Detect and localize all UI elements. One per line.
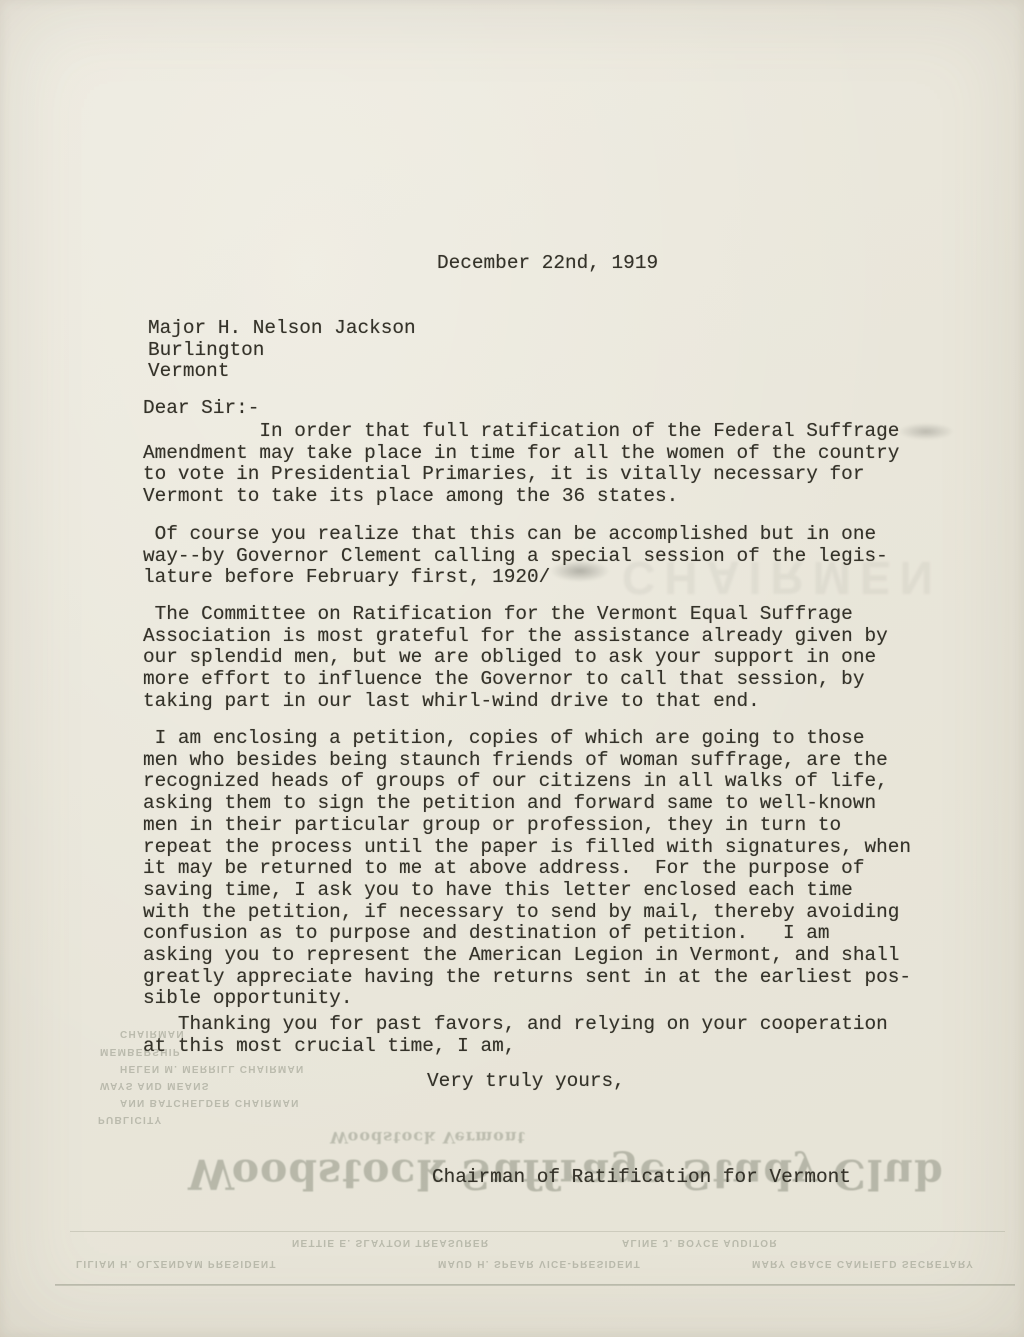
signature-title: Chairman of Ratification for Vermont xyxy=(432,1167,851,1189)
letter-scan: CHAIRMEN CHAIRMAN MEMBERSHIP HELEN M. ME… xyxy=(0,0,1024,1337)
bleedthrough-chair-line: ANN BATCHELDER CHAIRMAN xyxy=(120,1097,300,1108)
letter-paragraph: In order that full ratification of the F… xyxy=(143,421,943,508)
recipient-address: Major H. Nelson Jackson Burlington Vermo… xyxy=(148,318,416,383)
bleedthrough-rule-bottom xyxy=(55,1284,1015,1286)
letter-paragraph: I am enclosing a petition, copies of whi… xyxy=(143,728,953,1010)
bleedthrough-officer: MAUD H. SPEAR VICE-PRESIDENT xyxy=(438,1258,641,1269)
bleedthrough-officer: LILIAN H. OLZENDAM PRESIDENT xyxy=(76,1258,277,1269)
letter-paragraph: Of course you realize that this can be a… xyxy=(143,524,943,589)
bleedthrough-letterhead-location: Woodstock Vermont xyxy=(330,1128,526,1147)
closing: Very truly yours, xyxy=(427,1071,625,1093)
letter-paragraph: Thanking you for past favors, and relyin… xyxy=(143,1014,953,1057)
bleedthrough-officer: ALINE J. BOYCE AUDITOR xyxy=(622,1237,778,1248)
bleedthrough-rule-top xyxy=(70,1231,1005,1232)
letter-paragraph: The Committee on Ratification for the Ve… xyxy=(143,604,943,713)
bleedthrough-officer: NETTIE E. SLAYTON TREASURER xyxy=(292,1237,489,1248)
salutation: Dear Sir:- xyxy=(143,398,259,420)
bleedthrough-chair-line: PUBLICITY xyxy=(98,1114,162,1125)
letter-date: December 22nd, 1919 xyxy=(437,253,658,275)
bleedthrough-chair-line: WAYS AND MEANS xyxy=(100,1080,210,1091)
bleedthrough-officer: MARY GRACE CANFIELD SECRETARY xyxy=(752,1258,974,1269)
bleedthrough-chair-line: HELEN M. MERRILL CHAIRMAN xyxy=(120,1063,305,1074)
